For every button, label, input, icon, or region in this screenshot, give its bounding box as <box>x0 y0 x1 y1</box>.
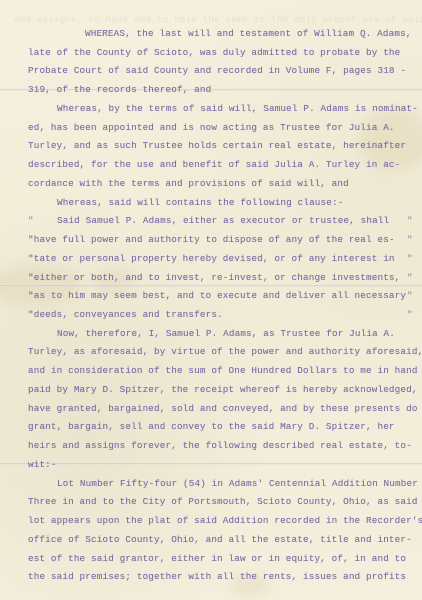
text-line: office of Scioto County, Ohio, and all t… <box>28 534 412 546</box>
paper-fold-line <box>0 284 422 287</box>
quote-mark: " <box>407 290 413 302</box>
text-line: have granted, bargained, sold and convey… <box>28 403 418 415</box>
quote-mark: " <box>407 234 413 246</box>
quote-mark: " <box>407 253 413 265</box>
text-line: WHEREAS, the last will and testament of … <box>85 28 412 40</box>
text-line: wit:- <box>28 459 57 471</box>
text-line: Probate Court of said County and recorde… <box>28 65 406 77</box>
text-line: 319, of the records thereof, and <box>28 84 211 96</box>
text-line: cordance with the terms and provisions o… <box>28 178 349 190</box>
quote-mark: " <box>407 215 413 227</box>
quote-mark: " <box>407 272 413 284</box>
quoted-text-line: Said Samuel P. Adams, either as executor… <box>57 215 389 227</box>
text-line: heirs and assigns forever, the following… <box>28 440 412 452</box>
text-line: Lot Number Fifty-four (54) in Adams' Cen… <box>57 478 418 490</box>
quoted-text-line: "either or both, and to invest, re-inves… <box>28 272 400 284</box>
text-line: est of the said grantor, either in law o… <box>28 553 406 565</box>
text-line: late of the County of Scioto, was duly a… <box>28 47 400 59</box>
quote-mark: " <box>407 309 413 321</box>
quote-mark: " <box>28 215 34 227</box>
text-line: Turley, and as such Trustee holds certai… <box>28 140 406 152</box>
quoted-text-line: "deeds, conveyances and transfers. <box>28 309 223 321</box>
text-line: ed, has been appointed and is now acting… <box>28 122 395 134</box>
quoted-text-line: "tate or personal property hereby devise… <box>28 253 395 265</box>
text-line: the said premises; together with all the… <box>28 571 406 583</box>
text-line: lot appears upon the plat of said Additi… <box>28 515 422 527</box>
bleed-through-text: and assigns, to have and to hold the sam… <box>14 14 414 25</box>
paper-fold-line <box>0 462 422 465</box>
text-line: grant, bargain, sell and convey to the s… <box>28 421 395 433</box>
quoted-text-line: "as to him may seem best, and to execute… <box>28 290 406 302</box>
text-line: Turley, as aforesaid, by virtue of the p… <box>28 346 422 358</box>
text-line: Three in and to the City of Portsmouth, … <box>28 496 418 508</box>
text-line: Whereas, said will contains the followin… <box>57 197 343 209</box>
text-line: Whereas, by the terms of said will, Samu… <box>57 103 418 115</box>
text-line: Now, therefore, I, Samuel P. Adams, as T… <box>57 328 395 340</box>
text-line: and in consideration of the sum of One H… <box>28 365 418 377</box>
text-line: paid by Mary D. Spitzer, the receipt whe… <box>28 384 418 396</box>
quoted-text-line: "have full power and authority to dispos… <box>28 234 395 246</box>
text-line: described, for the use and benefit of sa… <box>28 159 400 171</box>
